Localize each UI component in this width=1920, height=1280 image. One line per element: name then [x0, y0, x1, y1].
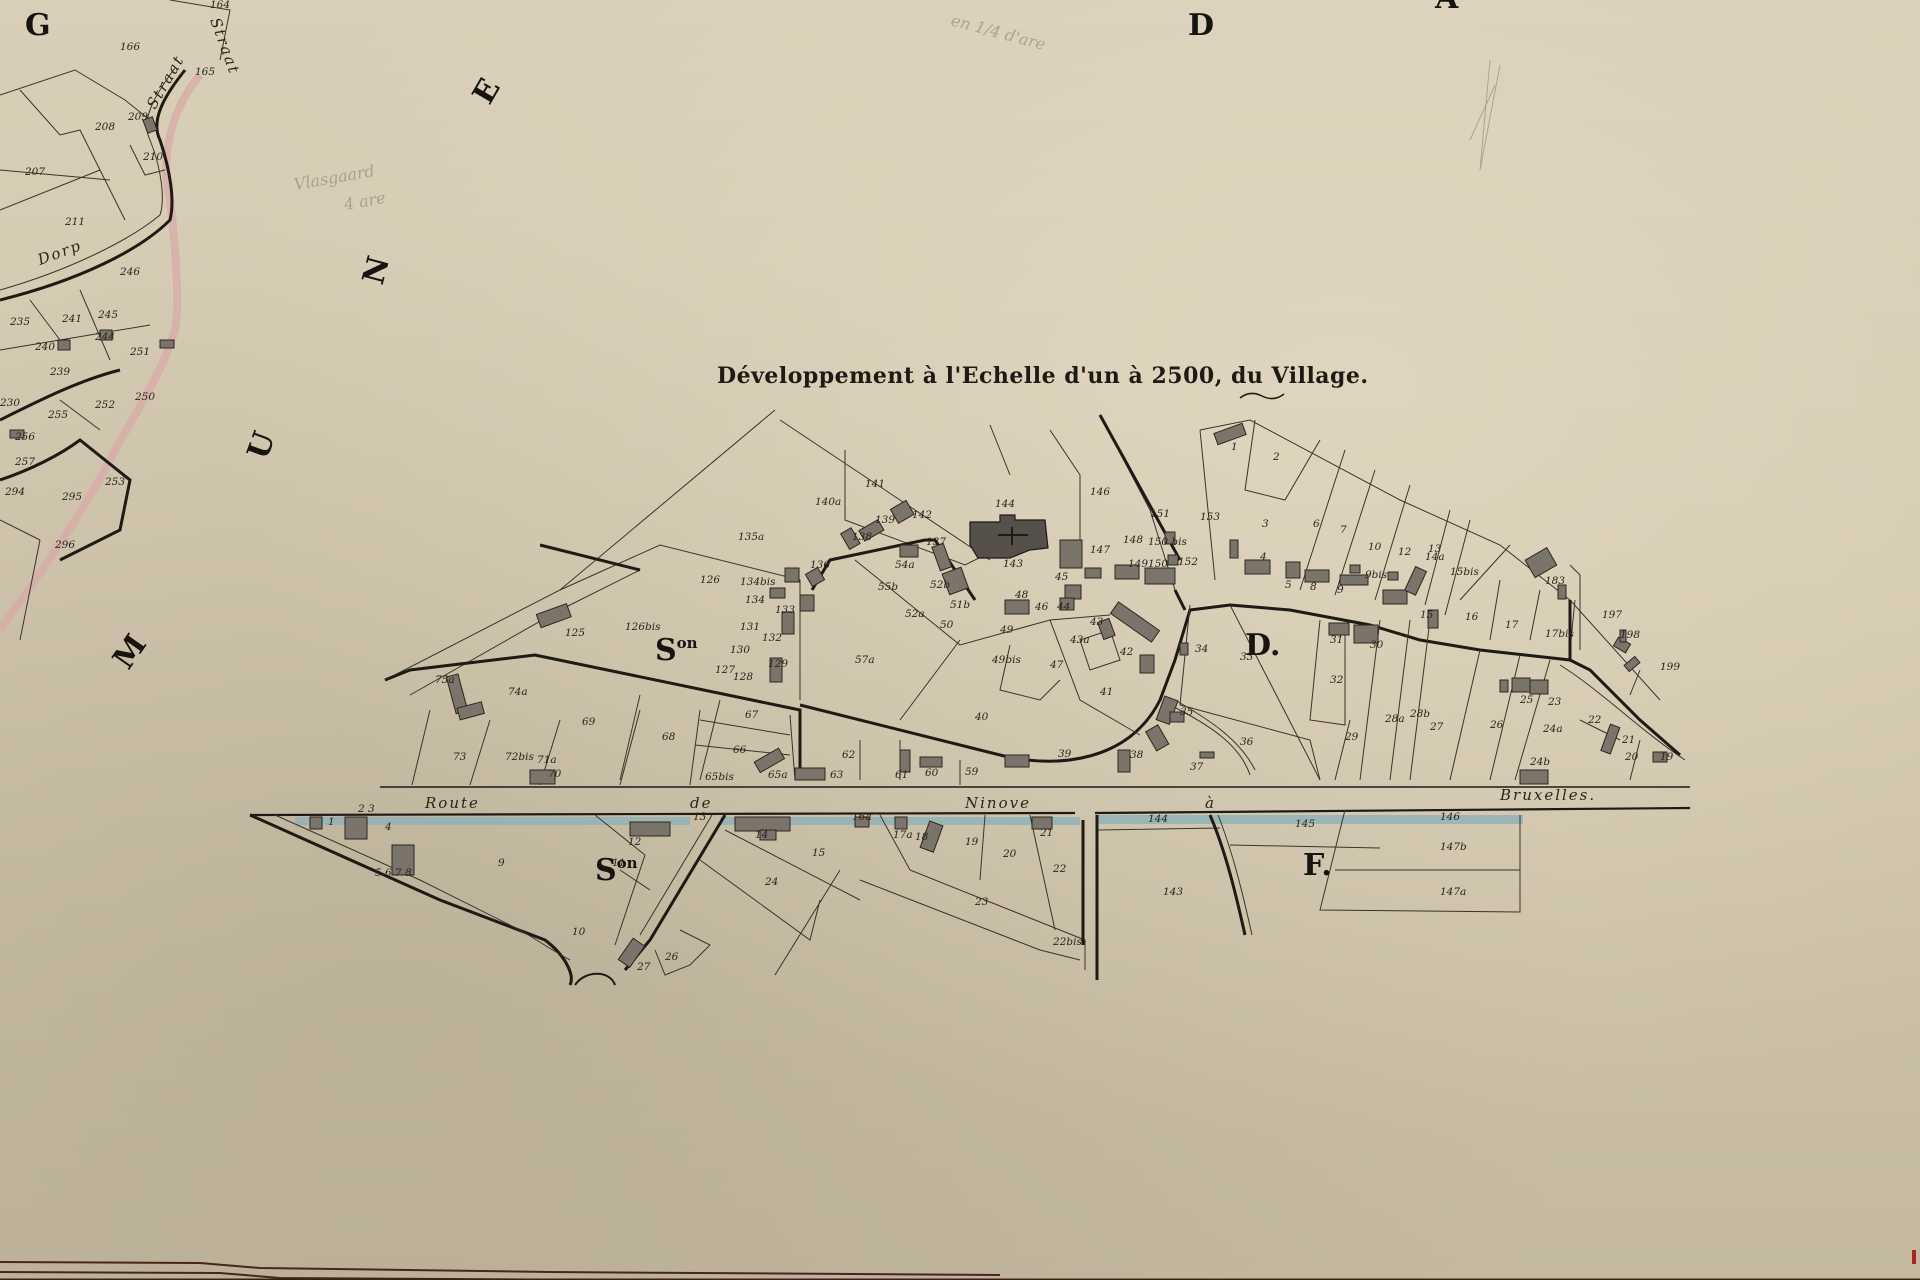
svg-text:295: 295 [61, 491, 82, 503]
parcel-label: 34 [1195, 643, 1208, 655]
parcel-label: 18 [915, 831, 929, 843]
parcel-label: 9 [498, 857, 505, 869]
parcel-label: 39 [1058, 748, 1072, 760]
parcel-label: 37 [1190, 761, 1204, 773]
parcel-label: 75a [435, 674, 455, 686]
parcel-label: 73 [453, 751, 467, 763]
svg-text:257: 257 [14, 456, 35, 468]
parcel-label: 24 [764, 876, 778, 888]
parcel-label: 140a [815, 496, 841, 508]
parcel-label: 4 [384, 821, 392, 833]
parcel-label: 43a [1069, 634, 1090, 646]
parcel-label: 130 [730, 644, 750, 656]
parcel-label: 137 [926, 536, 946, 548]
parcel-label: 134 [745, 594, 765, 606]
parcel-label: 139 [875, 514, 895, 526]
parcel-label: 136 [810, 559, 830, 571]
road-label-ninove: Ninove [964, 794, 1031, 812]
svg-text:296: 296 [54, 539, 75, 551]
svg-text:209: 209 [127, 111, 148, 123]
parcel-label: 16a [852, 811, 872, 823]
parcel-label: 71a [537, 754, 557, 766]
parcel-label: 26 [1489, 719, 1504, 731]
svg-text:164: 164 [210, 0, 230, 11]
parcel-label: 147a [1440, 886, 1466, 898]
parcel-label: 65a [768, 769, 788, 781]
parcel-label: 5 [1285, 579, 1292, 591]
svg-text:240: 240 [34, 341, 55, 353]
parcel-label: 4 [1259, 551, 1267, 563]
parcel-label: 7 [1340, 524, 1347, 536]
parcel-label: 153 [1200, 511, 1220, 523]
svg-text:235: 235 [9, 316, 30, 328]
parcel-label: 29 [1344, 731, 1359, 743]
parcel-label: 49 [999, 624, 1014, 636]
parcel-label: 3 [368, 803, 375, 815]
parcel-label: 48 [1014, 589, 1029, 601]
parcel-label: 17a [893, 829, 913, 841]
parcel-label: 54a [895, 559, 915, 571]
parcel-label: 138 [852, 531, 872, 543]
parcel-label: 67 [745, 709, 759, 721]
svg-text:253: 253 [104, 476, 125, 488]
parcel-label: 20 [1002, 848, 1017, 860]
parcel-label: 143 [1163, 886, 1183, 898]
parcel-label: 24b [1529, 756, 1550, 768]
parcel-label: 11 [612, 857, 625, 869]
parcel-label: 128 [733, 671, 753, 683]
parcel-label: 51b [950, 599, 970, 611]
parcel-label: 10 [1368, 541, 1382, 553]
parcel-label: 148 [1123, 534, 1143, 546]
parcel-label: 17 [1505, 619, 1519, 631]
parcel-label: 15 [1420, 609, 1434, 621]
svg-text:211: 211 [64, 216, 85, 228]
parcel-label: 152 [1178, 556, 1198, 568]
svg-text:251: 251 [129, 346, 150, 358]
parcel-label: 52a [905, 608, 925, 620]
pencil-note-are: 4 are [341, 188, 387, 214]
parcel-label: 129 [768, 658, 788, 670]
parcel-label: 50 [940, 619, 954, 631]
letter-e: E [466, 73, 508, 110]
parcel-label: 145 [1295, 818, 1315, 830]
parcel-label: 33 [1240, 651, 1254, 663]
parcel-label: 10 [572, 926, 586, 938]
svg-text:210: 210 [142, 151, 163, 163]
parcel-label: 14 [755, 829, 768, 841]
parcel-label: 151 [1150, 508, 1170, 520]
parcel-label: 183 [1545, 575, 1565, 587]
parcel-label: 9bis [1365, 569, 1388, 581]
parcel-label: 21 [1039, 827, 1053, 839]
pencil-note-top: en 1/4 d'are [949, 11, 1048, 54]
cadastral-map: G 166 165 164 208 209 210 207 211 246 23… [0, 0, 1920, 1280]
letter-m: M [106, 628, 154, 675]
letter-n: N [356, 252, 397, 288]
parcel-label: 62 [842, 749, 856, 761]
parcel-label: 197 [1602, 609, 1622, 621]
parcel-label: 199 [1660, 661, 1680, 673]
parcel-label: 131 [740, 621, 760, 633]
svg-text:252: 252 [94, 399, 115, 411]
parcel-label: 27 [636, 961, 651, 973]
parcel-label: 146 [1090, 486, 1110, 498]
parcel-label: 1 [328, 816, 335, 828]
parcel-label: 55b [878, 581, 898, 593]
parcel-label: 60 [925, 767, 939, 779]
parcel-label: 15 [812, 847, 826, 859]
parcel-label: 74a [508, 686, 528, 698]
parcel-label: 35 [1180, 706, 1194, 718]
svg-text:239: 239 [49, 366, 70, 378]
pencil-note-vlasgaard: Vlasgaard [292, 161, 376, 194]
parcel-label: 19 [1660, 751, 1674, 763]
parcel-label: 23 [974, 896, 989, 908]
parcel-label: 59 [965, 766, 979, 778]
section-letter-g: G [25, 8, 51, 43]
parcel-label: 134bis [740, 576, 776, 588]
letter-d-top: D [1188, 8, 1214, 43]
svg-text:245: 245 [97, 309, 118, 321]
parcel-label: 31 [1330, 634, 1343, 646]
parcel-label: 141 [865, 478, 885, 490]
parcel-label: 42 [1119, 646, 1134, 658]
svg-text:166: 166 [120, 41, 140, 53]
parcel-label: 49bis [991, 654, 1021, 666]
parcel-label: 40 [974, 711, 989, 723]
parcel-label: 9 [1337, 584, 1344, 596]
parcel-label: 2 [1272, 451, 1280, 463]
section-label-f: F. [1303, 848, 1332, 883]
svg-text:246: 246 [119, 266, 140, 278]
parcel-label: 46 [1034, 601, 1049, 613]
parcel-label: 16 [1465, 611, 1479, 623]
parcel-label: 57a [855, 654, 875, 666]
parcel-label: 13 [1428, 543, 1442, 555]
parcel-label: 22 [1587, 714, 1602, 726]
parcel-label: 144 [995, 498, 1015, 510]
parcel-label: 47 [1049, 659, 1064, 671]
svg-text:207: 207 [24, 166, 45, 178]
parcel-label: 32 [1330, 674, 1344, 686]
parcel-label: 15bis [1450, 566, 1479, 578]
parcel-label: 68 [662, 731, 676, 743]
road-label-a: à [1205, 794, 1216, 812]
parcel-label: 149 [1128, 558, 1148, 570]
parcel-label: 28b [1409, 708, 1430, 720]
svg-text:294: 294 [4, 486, 25, 498]
parcel-label: 2 [357, 803, 365, 815]
parcel-label: 61 [895, 769, 908, 781]
parcel-label: 150 bis [1148, 536, 1187, 548]
parcel-label: 146 [1440, 811, 1460, 823]
parcel-label: 5 6 7 8 [375, 867, 412, 879]
parcel-label: 72bis [505, 751, 534, 763]
parcel-label: 66 [733, 744, 747, 756]
parcel-label: 147 [1090, 544, 1110, 556]
church-building [970, 515, 1048, 558]
pencil-annotations: Vlasgaard 4 are en 1/4 d'are [292, 11, 1500, 215]
parcel-label: 69 [582, 716, 596, 728]
parcel-label: 45 [1054, 571, 1069, 583]
parcel-label: 43 [1089, 616, 1104, 628]
svg-text:255: 255 [47, 409, 68, 421]
parcel-label: 6 [1313, 518, 1320, 530]
parcel-label: 12 [1398, 546, 1412, 558]
parcel-label: 12 [628, 836, 642, 848]
section-g-left-area: G 166 165 164 208 209 210 207 211 246 23… [0, 0, 243, 640]
parcel-label: 27 [1429, 721, 1444, 733]
letter-a-top: A [1434, 0, 1459, 16]
svg-text:208: 208 [94, 121, 115, 133]
svg-text:256: 256 [14, 431, 35, 443]
parcel-label: 198 [1620, 629, 1640, 641]
road-label-bruxelles: Bruxelles. [1499, 786, 1596, 804]
svg-text:250: 250 [134, 391, 155, 403]
parcel-label: 23 [1547, 696, 1562, 708]
parcel-label: 44 [1056, 601, 1070, 613]
parcel-label: 126bis [625, 621, 661, 633]
parcel-label: 52b [930, 579, 950, 591]
parcel-label: 30 [1370, 639, 1384, 651]
parcel-label: 1 [1231, 441, 1238, 453]
street-label-dorp: Dorp [34, 236, 84, 269]
village-plan: Route de Ninove à Bruxelles. [250, 410, 1690, 985]
parcel-label: 8 [1310, 581, 1317, 593]
parcel-label: 22 [1052, 863, 1067, 875]
parcel-label: 38 [1130, 749, 1144, 761]
svg-text:165: 165 [195, 66, 215, 78]
parcel-label: 22bis [1052, 936, 1082, 948]
parcel-label: 21 [1621, 734, 1635, 746]
parcel-label: 142 [912, 509, 932, 521]
parcel-label: 147b [1440, 841, 1467, 853]
parcel-label: 135a [738, 531, 764, 543]
road-label-de: de [690, 794, 712, 812]
parcel-label: 13 [693, 811, 707, 823]
parcel-label: 25 [1519, 694, 1534, 706]
svg-text:244: 244 [94, 331, 115, 343]
parcel-label: 70 [548, 768, 562, 780]
parcel-label: 26 [664, 951, 679, 963]
parcel-label: 143 [1003, 558, 1023, 570]
parcel-label: 63 [830, 769, 844, 781]
section-label-son-north: Son [655, 633, 698, 668]
parcel-label: 150 [1148, 558, 1168, 570]
parcel-label: 41 [1099, 686, 1113, 698]
parcel-label: 28a [1384, 713, 1405, 725]
parcel-label: 36 [1240, 736, 1254, 748]
road-label-route: Route [424, 794, 480, 812]
parcel-label: 126 [700, 574, 720, 586]
parcel-label: 132 [762, 632, 782, 644]
parcel-label: 24a [1542, 723, 1563, 735]
parcel-label: 17bis [1545, 628, 1574, 640]
parcel-label: 133 [775, 604, 795, 616]
parcel-label: 65bis [705, 771, 734, 783]
parcel-label: 19 [965, 836, 979, 848]
parcel-label: 125 [565, 627, 585, 639]
parcel-label: 3 [1262, 518, 1269, 530]
parcel-label: 144 [1148, 813, 1168, 825]
map-title: Développement à l'Echelle d'un à 2500, d… [717, 363, 1369, 389]
svg-text:241: 241 [61, 313, 82, 325]
svg-text:230: 230 [0, 397, 20, 409]
parcel-label: 20 [1624, 751, 1639, 763]
letter-u: U [241, 427, 283, 464]
